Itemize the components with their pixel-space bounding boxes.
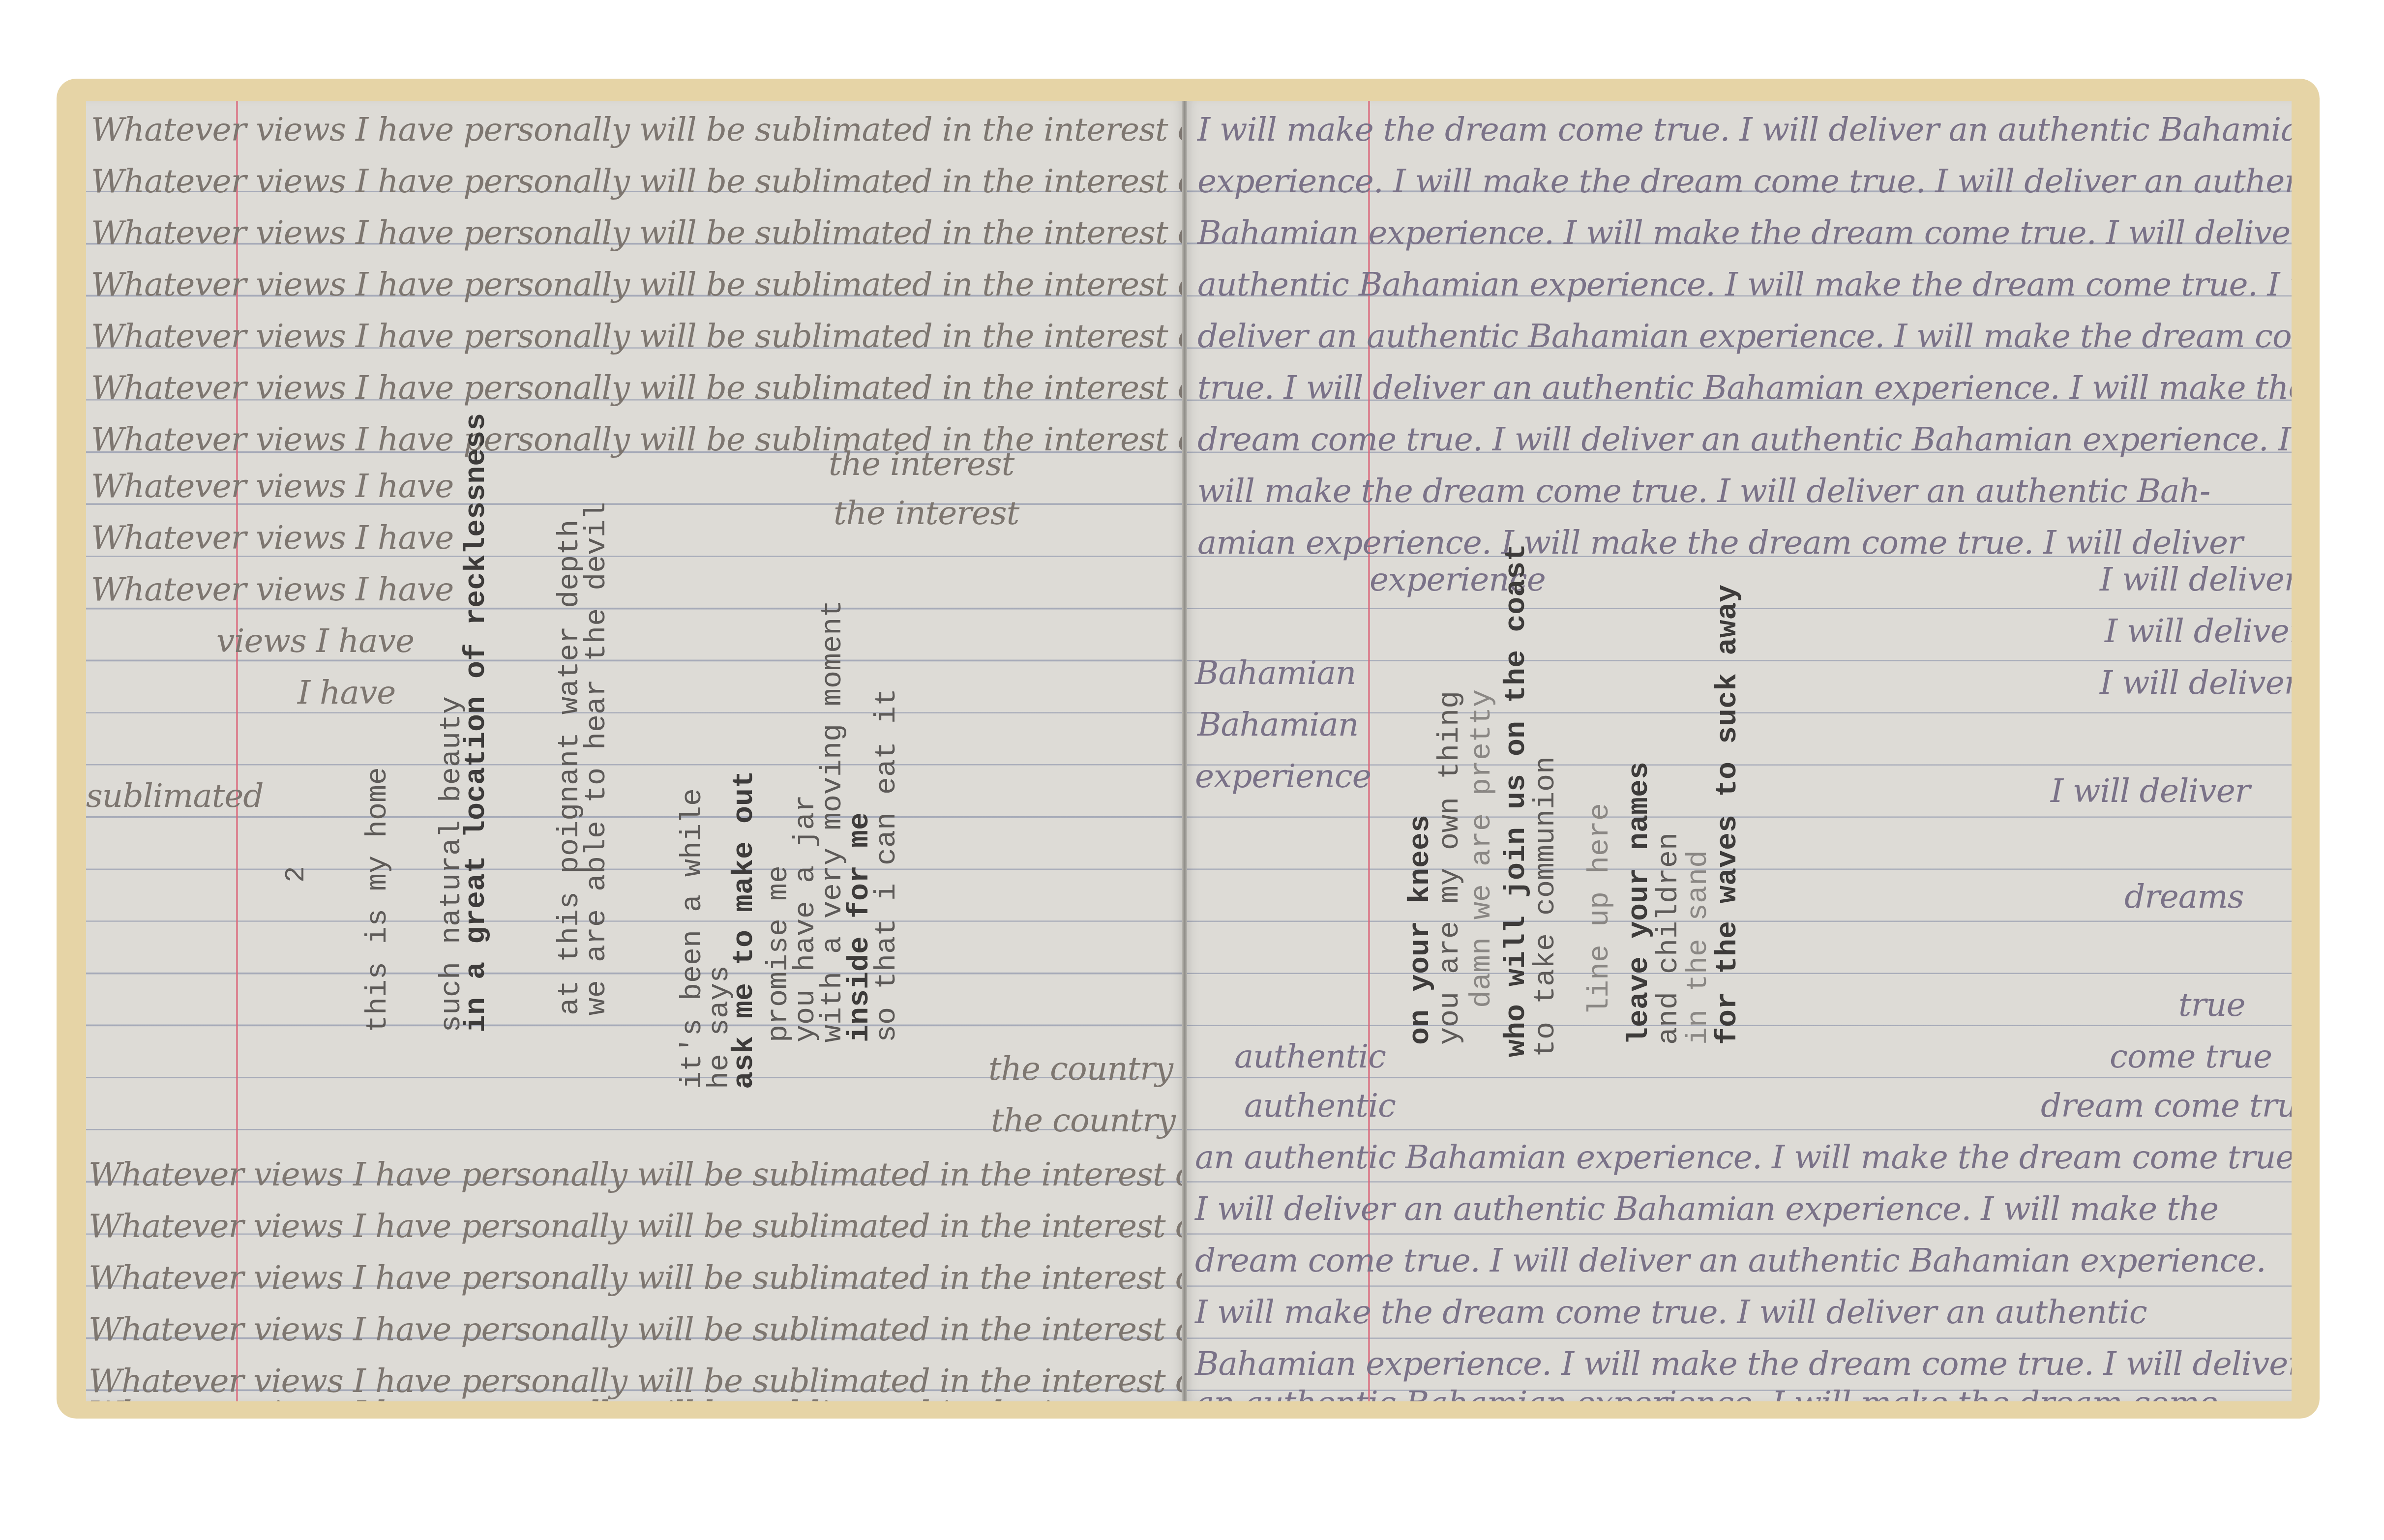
fragment-interest-2: the interest	[834, 494, 1019, 532]
typed-line: line up here	[1583, 803, 1617, 1015]
left-bottom-line-6: Whatever views I have personally will be…	[89, 1394, 1185, 1401]
fragment-come-true: come true	[2110, 1037, 2272, 1075]
right-bottom-line-3: dream come true. I will deliver an authe…	[1195, 1242, 2266, 1279]
typed-line: we are able to hear the devil	[580, 502, 614, 1015]
typed-line: leave your names	[1623, 762, 1656, 1045]
right-top-line-6: true. I will deliver an authentic Bahami…	[1197, 369, 2292, 407]
right-bottom-line-2: I will deliver an authentic Bahamian exp…	[1195, 1190, 2218, 1228]
typed-line: for the waves to suck away	[1711, 585, 1745, 1045]
left-top-line-6: Whatever views I have personally will be…	[91, 369, 1185, 407]
left-top-line-4: Whatever views I have personally will be…	[91, 266, 1185, 303]
fragment-bahamian-1: Bahamian	[1195, 654, 1356, 692]
left-top-line-1: Whatever views I have personally will be…	[91, 111, 1185, 148]
left-bottom-line-3: Whatever views I have personally will be…	[89, 1259, 1185, 1297]
fragment-interest-1: the interest	[829, 445, 1014, 483]
fragment-deliver-4: I will deliver	[2051, 772, 2250, 810]
fragment-views-1: Whatever views I have	[91, 467, 453, 505]
typed-line: this is my home	[361, 767, 395, 1033]
typed-line: who will join us on the coast	[1500, 544, 1533, 1057]
fragment-deliver-1: I will deliver	[2100, 561, 2292, 598]
right-page: I will make the dream come true. I will …	[1185, 101, 2292, 1401]
fragment-sublimated: sublimated	[86, 777, 264, 815]
page-number: 2	[280, 866, 312, 883]
fragment-country-1: the country	[988, 1050, 1173, 1088]
fragment-views-5: I have	[298, 674, 395, 711]
left-top-line-2: Whatever views I have personally will be…	[91, 162, 1185, 200]
typed-line: so that i can eat it	[870, 688, 904, 1042]
fragment-true: true	[2178, 986, 2245, 1024]
right-top-line-4: authentic Bahamian experience. I will ma…	[1197, 266, 2292, 303]
right-top-line-2: experience. I will make the dream come t…	[1197, 162, 2292, 200]
right-top-line-5: deliver an authentic Bahamian experience…	[1197, 317, 2292, 355]
right-top-line-7: dream come true. I will deliver an authe…	[1197, 420, 2291, 458]
typed-line: in the sand	[1682, 850, 1715, 1045]
left-bottom-line-1: Whatever views I have personally will be…	[89, 1155, 1185, 1193]
fragment-views-2: Whatever views I have	[91, 519, 453, 557]
right-bottom-line-6: an authentic Bahamian experience. I will…	[1195, 1384, 2218, 1401]
typed-line: damn we are pretty	[1465, 689, 1499, 1008]
right-top-line-1: I will make the dream come true. I will …	[1197, 111, 2292, 148]
typed-line: and children	[1652, 832, 1686, 1045]
fragment-authentic-1: authentic	[1234, 1037, 1386, 1075]
fragment-dreams: dreams	[2124, 878, 2244, 916]
notebook-spine	[1182, 101, 1187, 1401]
left-bottom-line-2: Whatever views I have personally will be…	[89, 1207, 1185, 1245]
typed-line: on your knees	[1404, 815, 1437, 1045]
typed-line: you are my own thing	[1433, 691, 1467, 1045]
typed-line: in a great location of recklessness	[460, 413, 493, 1033]
fragment-authentic-2: authentic	[1244, 1087, 1396, 1125]
right-top-line-9: amian experience. I will make the dream …	[1197, 524, 2243, 562]
fragment-dream-come-true: dream come true	[2041, 1087, 2292, 1125]
right-top-line-3: Bahamian experience. I will make the dre…	[1197, 214, 2292, 252]
left-top-line-3: Whatever views I have personally will be…	[91, 214, 1185, 252]
left-bottom-line-4: Whatever views I have personally will be…	[89, 1310, 1185, 1348]
left-page: Whatever views I have personally will be…	[86, 101, 1185, 1401]
fragment-views-4: views I have	[216, 622, 414, 660]
right-bottom-line-5: Bahamian experience. I will make the dre…	[1195, 1345, 2292, 1383]
typed-line: ask me to make out	[728, 770, 761, 1089]
right-top-line-8: will make the dream come true. I will de…	[1197, 472, 2210, 510]
fragment-deliver-2: I will deliver	[2105, 612, 2292, 650]
fragment-bahamian-2: Bahamian	[1197, 706, 1358, 743]
left-top-line-7: Whatever views I have personally will be…	[91, 420, 1185, 458]
left-top-line-5: Whatever views I have personally will be…	[91, 317, 1185, 355]
fragment-country-2: the country	[991, 1101, 1175, 1139]
fragment-views-3: Whatever views I have	[91, 570, 453, 608]
typed-line: to take communion	[1529, 756, 1563, 1057]
fragment-deliver-3: I will deliver	[2100, 664, 2292, 702]
right-bottom-line-4: I will make the dream come true. I will …	[1195, 1293, 2147, 1331]
fragment-experience-left: experience	[1195, 757, 1371, 795]
right-bottom-line-1: an authentic Bahamian experience. I will…	[1195, 1138, 2292, 1176]
